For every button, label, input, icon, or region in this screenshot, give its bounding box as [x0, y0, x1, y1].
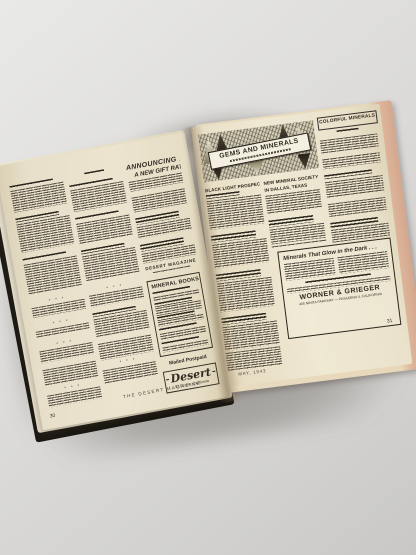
text-block [206, 194, 264, 229]
logo-rule-right [213, 371, 216, 372]
column-b-content: NEW MINERAL SOCIETY IN DALLAS, TEXAS [263, 174, 326, 248]
announcing-body [129, 173, 197, 264]
glow-in-the-dark-ad: Minerals That Glow in the Dark . . . WOR… [277, 237, 401, 339]
text-block [217, 277, 275, 312]
text-block [337, 251, 389, 274]
right-page: GEMS AND MINERALS COLORFUL MINERALS BLAC… [191, 104, 412, 388]
right-page-number: 31 [387, 318, 393, 325]
text-block [226, 346, 283, 372]
left-page-number: 30 [49, 413, 56, 420]
left-page-columns: * * ** * ** * ** * * * * ** * * ANNOUNCI… [9, 156, 220, 419]
crystal-shape [297, 153, 312, 170]
mineral-books-box: MINERAL BOOKS . . . [146, 271, 213, 357]
right-page-right-column [319, 125, 390, 242]
right-column-text [319, 125, 390, 242]
crystal-illustration: GEMS AND MINERALS [198, 120, 319, 182]
logo-rule-left [166, 379, 169, 380]
photo-scene: * * ** * ** * ** * * * * ** * * ANNOUNCI… [0, 0, 416, 555]
right-page-column-b: NEW MINERAL SOCIETY IN DALLAS, TEXAS [263, 174, 326, 248]
open-magazine: * * ** * ** * ** * * * * ** * * ANNOUNCI… [0, 100, 416, 453]
book-listings [152, 284, 208, 353]
column-b-body [265, 189, 326, 249]
gems-and-minerals-title: GEMS AND MINERALS [209, 135, 309, 163]
